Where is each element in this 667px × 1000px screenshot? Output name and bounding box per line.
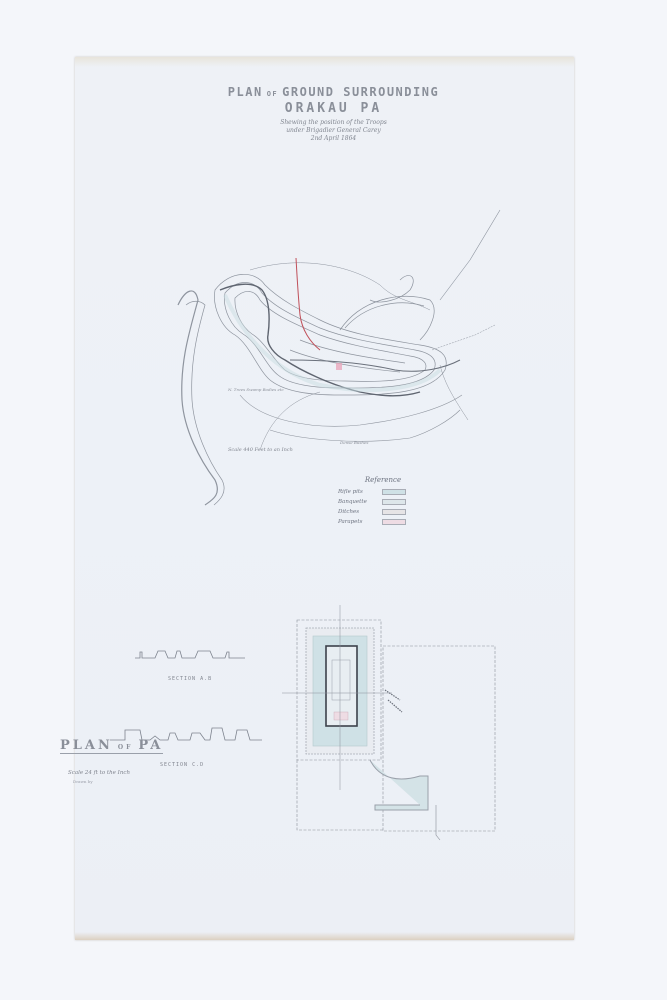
legend-item: Ditches bbox=[338, 507, 428, 517]
legend-swatch bbox=[382, 489, 406, 495]
legend-title: Reference bbox=[338, 476, 428, 484]
map-scale: Scale 440 Feet to an Inch bbox=[228, 447, 293, 453]
legend-item: Banquette bbox=[338, 497, 428, 507]
section-label-ab: SECTION A.B bbox=[168, 676, 212, 682]
plan-note: Drawn by bbox=[73, 779, 93, 784]
road-red-line bbox=[296, 258, 320, 350]
plan-scale: Scale 24 ft to the Inch bbox=[68, 770, 130, 776]
legend-item: Parapets bbox=[338, 517, 428, 527]
legend-swatch bbox=[382, 499, 406, 505]
legend-item: Rifle pits bbox=[338, 487, 428, 497]
topographic-map bbox=[178, 210, 500, 505]
map-label-bush: Dense Bushes bbox=[340, 440, 368, 445]
legend-swatch bbox=[382, 519, 406, 525]
map-drawing bbox=[0, 0, 667, 1000]
section-profiles bbox=[110, 651, 262, 740]
legend-swatch bbox=[382, 509, 406, 515]
pa-location-marker bbox=[336, 363, 342, 370]
section-label-cd: SECTION C.D bbox=[160, 762, 204, 768]
legend: Reference Rifle pits Banquette Ditches P… bbox=[338, 476, 428, 527]
pa-plan bbox=[282, 605, 495, 840]
map-label-field: N. Trees Swamp Bodies etc bbox=[228, 387, 284, 392]
plan-of-pa-title: PLANOFPA bbox=[60, 738, 163, 754]
